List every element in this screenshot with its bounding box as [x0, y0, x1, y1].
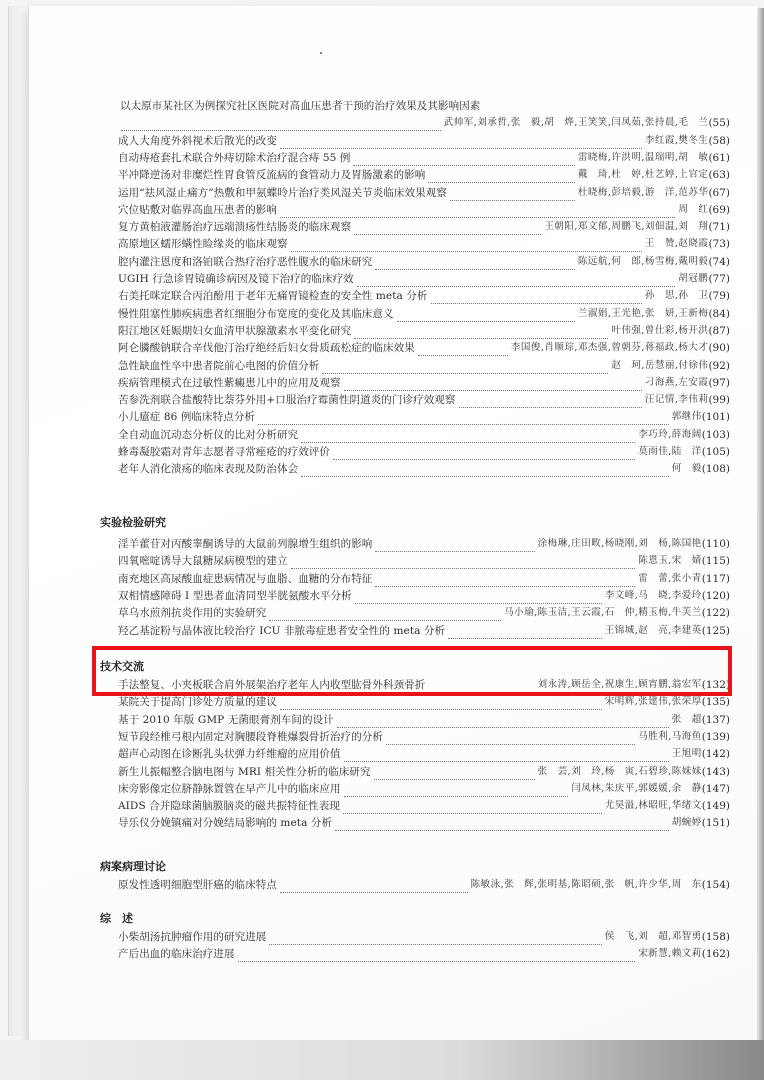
toc-entry-page: (125) — [702, 623, 730, 639]
toc-entry-page: (58) — [708, 133, 730, 149]
leader-dots — [322, 362, 608, 374]
toc-entry-page: (120) — [702, 588, 730, 604]
toc-entry-page: (151) — [702, 815, 730, 831]
toc-entry-page: (61) — [708, 150, 730, 166]
leader-dots — [344, 750, 669, 762]
toc-entry[interactable]: 原发性透明细胞型肝癌的临床特点陈敏泳,张 辉,张明基,陈昭硕,张 帆,许少华,周… — [118, 877, 730, 893]
toc-entry-title: 手法整复、小夹板联合肩外展架治疗老年人内收型肱骨外科颈骨折 — [118, 677, 425, 693]
toc-entry-authors: 胡冠鹏 — [678, 271, 708, 287]
toc-entry-title: 阳江地区妊娠期妇女血清甲状腺激素水平变化研究 — [118, 323, 351, 339]
toc-entry-title: 苦参洗剂联合盐酸特比萘芬外用+口服治疗霉菌性阴道炎的门诊疗效观察 — [118, 392, 456, 408]
toc-entry-page: (105) — [702, 444, 730, 460]
scan-right-edge — [758, 8, 764, 1080]
toc-entry[interactable]: 双相情感障碍 I 型患者血清同型半胱氨酸水平分析李文峰,马 晓,李爱玲(120) — [118, 588, 730, 604]
toc-entry[interactable]: 阿仑膦酸钠联合辛伐他汀治疗绝经后妇女骨质疏松症的临床效果李国俊,肖顺琮,邓杰强,… — [118, 340, 730, 356]
toc-entry[interactable]: 草乌水煎剂抗炎作用的实验研究马小瑜,陈玉洁,王云霞,石 仲,精玉梅,牛芙兰(12… — [118, 605, 730, 621]
toc-entry-page: (147) — [702, 781, 730, 797]
toc-entry-authors: 陈敏泳,张 辉,张明基,陈昭硕,张 帆,许少华,周 东 — [471, 877, 702, 893]
toc-entry-page: (87) — [708, 323, 730, 339]
toc-entry-authors: 周 红 — [678, 202, 708, 218]
leader-dots — [354, 223, 541, 235]
toc-entry-authors: 陈远航,何 郎,杨雪梅,戴明毅 — [578, 254, 709, 270]
toc-entry-authors: 戴 琦,杜 婷,杜艺婷,上官定 — [578, 167, 709, 183]
leader-dots — [337, 716, 669, 728]
leader-dots — [344, 785, 569, 797]
leader-dots — [258, 413, 669, 425]
toc-entry-title: 急性缺血性卒中患者院前心电图的价值分析 — [118, 358, 319, 374]
toc-entry-page: (142) — [702, 746, 730, 762]
toc-entry-title: 平冲降逆汤对非糜烂性胃食管反流病的食管动力及胃肠激素的影响 — [118, 167, 425, 183]
leader-dots — [448, 627, 602, 639]
toc-entry-title: 高原地区蠕形螨性睑缘炎的临床观察 — [118, 236, 288, 252]
toc-entry-page: (110) — [702, 536, 730, 552]
toc-entry-page: (101) — [702, 409, 730, 425]
leader-dots — [301, 431, 635, 443]
toc-entry[interactable]: 蜂毒凝胶霜对青年志愿者寻常痤疮的疗效评价莫雨佳,陆 洋(105) — [118, 444, 730, 460]
toc-entry[interactable]: 产后出血的临床治疗进展宋新慧,赖文莉(162) — [118, 946, 730, 962]
toc-entry-title: 原发性透明细胞型肝癌的临床特点 — [118, 877, 277, 893]
toc-entry[interactable]: 床旁影像定位脐静脉置管在早产儿中的临床应用闫凤林,朱庆平,郭媛媛,余 静(147… — [118, 781, 730, 797]
toc-entry[interactable]: 基于 2010 年版 GMP 无菌眼膏剂车间的设计张 超(137) — [118, 712, 730, 728]
toc-entry-title: 蜂毒凝胶霜对青年志愿者寻常痤疮的疗效评价 — [118, 444, 330, 460]
leader-dots — [291, 240, 642, 252]
leader-dots — [301, 465, 669, 477]
toc-entry[interactable]: 小柴胡汤抗肿瘤作用的研究进展侯 飞,刘 超,邓智勇(158) — [118, 929, 730, 945]
toc-entry[interactable]: 急性缺血性卒中患者院前心电图的价值分析赵 珂,岳慧丽,付徐伟(92) — [118, 358, 730, 374]
toc-entry-authors: 雷晓梅,许洪明,温瑞明,胡 敏 — [578, 150, 709, 166]
toc-entry-page: (103) — [702, 427, 730, 443]
toc-entry-title: 羟乙基淀粉与晶体液比较治疗 ICU 非脓毒症患者安全性的 meta 分析 — [118, 623, 445, 639]
toc-entry-title: 短节段经椎弓根内固定对胸腰段脊椎爆裂骨折治疗的分析 — [118, 729, 383, 745]
toc-entry-title-line[interactable]: 以太原市某社区为例探究社区医院对高血压患者干预的治疗效果及其影响因素 — [120, 98, 732, 114]
toc-entry-authors: 李国俊,肖顺琮,邓杰强,曾朝芬,蒋福政,杨大才 — [511, 340, 709, 356]
toc-entry-authors: 莫雨佳,陆 洋 — [638, 444, 702, 460]
toc-entry-title: 导乐仪分娩镇痛对分娩结局影响的 meta 分析 — [118, 815, 332, 831]
toc-entry-authors: 孙 思,孙 卫 — [645, 288, 709, 304]
toc-entry-authors: 叶伟强,曾仕彩,杨开洪 — [611, 323, 708, 339]
toc-entry-page: (122) — [702, 605, 730, 621]
leader-dots — [353, 154, 574, 166]
section-heading: 技术交流 — [100, 658, 144, 674]
toc-entry-authors: 闫凤林,朱庆平,郭媛媛,余 静 — [571, 781, 702, 797]
leader-dots — [238, 950, 636, 962]
toc-entry-page: (69) — [708, 202, 730, 218]
toc-entry-page: (162) — [702, 946, 730, 962]
toc-entry-authors: 张 超 — [672, 712, 702, 728]
leader-dots — [357, 275, 676, 287]
leader-dots — [280, 881, 468, 893]
toc-entry-title: AIDS 合并隐球菌脑膜脑炎的磁共振特征性表现 — [118, 798, 340, 814]
toc-entry-title: 小柴胡汤抗肿瘤作用的研究进展 — [118, 929, 266, 945]
toc-entry-page: (137) — [702, 712, 730, 728]
toc-entry-authors: 赵 珂,岳慧丽,付徐伟 — [611, 358, 708, 374]
leader-dots — [418, 344, 508, 356]
toc-entry-page: (84) — [708, 306, 730, 322]
toc-entry-title: 新生儿振幅整合脑电图与 MRI 相关性分析的临床研究 — [118, 764, 371, 780]
toc-entry[interactable]: 武帅军,刘承哲,张 毅,胡 烨,王笑笑,闫凤茹,张持晨,毛 兰(55) — [118, 115, 730, 131]
toc-entry[interactable]: UGIH 行急诊胃镜确诊病因及镜下治疗的临床疗效胡冠鹏(77) — [118, 271, 730, 287]
toc-entry-title: 某院关于提高门诊处方质量的建议 — [118, 694, 277, 710]
toc-entry-title: 穴位贴敷对临界高血压患者的影响 — [118, 202, 277, 218]
toc-entry[interactable]: 手法整复、小夹板联合肩外展架治疗老年人内收型肱骨外科颈骨折刘永涛,顾岳全,祝康生… — [118, 677, 730, 693]
leader-dots — [291, 557, 636, 569]
leader-dots — [397, 310, 575, 322]
toc-entry-title: 腔内灌注恩度和洛铂联合热疗治疗恶性腹水的临床研究 — [118, 254, 372, 270]
toc-entry[interactable]: 疾病管理模式在过敏性紫癜患儿中的应用及观察刁海燕,左安霞(97) — [118, 375, 730, 391]
toc-entry-authors: 刘永涛,顾岳全,祝康生,顾宵鹏,翁宏军 — [538, 677, 702, 693]
toc-entry[interactable]: 成人大角度外斜视术后散光的改变李红霞,樊冬生(58) — [118, 133, 730, 149]
leader-dots — [375, 575, 635, 587]
toc-entry-authors: 王 赞,赵晓霞 — [645, 236, 709, 252]
toc-entry-title: 南充地区高尿酸血症患病情况与血脂、血糖的分布特征 — [118, 571, 372, 587]
leader-dots — [386, 733, 635, 745]
toc-entry-page: (71) — [708, 219, 730, 235]
toc-entry[interactable]: 高原地区蠕形螨性睑缘炎的临床观察王 赞,赵晓霞(73) — [118, 236, 730, 252]
toc-entry-authors: 雷 蕾,张小青 — [638, 571, 702, 587]
toc-entry[interactable]: 穴位贴敷对临界高血压患者的影响周 红(69) — [118, 202, 730, 218]
toc-entry-page: (67) — [708, 185, 730, 201]
toc-entry-page: (132) — [702, 677, 730, 693]
leader-dots — [428, 681, 534, 693]
toc-entry-title: 慢性阻塞性肺疾病患者红细胞分布宽度的变化及其临床意义 — [118, 306, 394, 322]
page-fold-edge — [8, 6, 29, 1036]
toc-entry[interactable]: 某院关于提高门诊处方质量的建议宋明辉,张建伟,张荣厚(135) — [118, 694, 730, 710]
toc-entry-authors: 兰淑娟,王光艳,张 妍,王新梅 — [578, 306, 709, 322]
leader-dots — [121, 119, 441, 131]
toc-entry-authors: 杜晓梅,彭培毅,游 洋,范苏华 — [578, 185, 709, 201]
toc-entry-title: 成人大角度外斜视术后散光的改变 — [118, 133, 277, 149]
toc-entry-page: (143) — [702, 764, 730, 780]
leader-dots — [431, 292, 642, 304]
toc-entry[interactable]: 阳江地区妊娠期妇女血清甲状腺激素水平变化研究叶伟强,曾仕彩,杨开洪(87) — [118, 323, 730, 339]
leader-dots — [333, 448, 635, 460]
leader-dots — [375, 258, 574, 270]
toc-entry-authors: 胡蜿婷 — [672, 815, 702, 831]
toc-entry-page: (99) — [708, 392, 730, 408]
toc-entry-title: 老年人消化溃疡的临床表现及防治体会 — [118, 461, 298, 477]
toc-entry-authors: 汪记情,李伟莉 — [645, 392, 709, 408]
toc-entry-page: (158) — [702, 929, 730, 945]
toc-entry-authors: 王朝阳,郑文郁,周鹏飞,刘佃温,刘 翔 — [544, 219, 708, 235]
toc-entry-authors: 马小瑜,陈玉洁,王云霞,石 仲,精玉梅,牛芙兰 — [504, 605, 702, 621]
toc-entry[interactable]: 淫羊藿苷对丙酸睾酮诱导的大鼠前列腺增生组织的影响涂梅琳,庄田畋,杨晓刚,刘 杨,… — [118, 536, 730, 552]
toc-entry-authors: 马胜利,马海鱼 — [638, 729, 702, 745]
toc-entry-page: (79) — [708, 288, 730, 304]
scan-speck — [320, 52, 322, 54]
toc-entry[interactable]: 老年人消化溃疡的临床表现及防治体会何 毅(108) — [118, 461, 730, 477]
leader-dots — [450, 189, 575, 201]
toc-entry-page: (77) — [708, 271, 730, 287]
toc-entry[interactable]: 超声心动图在诊断乳头状弹力纤维瘤的应用价值王旭明(142) — [118, 746, 730, 762]
leader-dots — [280, 698, 602, 710]
toc-entry-authors: 李文峰,马 晓,李爱玲 — [605, 588, 702, 604]
toc-entry-title: 右美托咪定联合丙泊酚用于老年无痛胃镜检查的安全性 meta 分析 — [118, 288, 428, 304]
toc-entry-page: (63) — [708, 167, 730, 183]
toc-entry-title: 小儿癔症 86 例临床特点分析 — [118, 409, 255, 425]
leader-dots — [344, 379, 642, 391]
toc-entry[interactable]: 苦参洗剂联合盐酸特比萘芬外用+口服治疗霉菌性阴道炎的门诊疗效观察汪记情,李伟莉(… — [118, 392, 730, 408]
toc-entry-authors: 宋新慧,赖文莉 — [638, 946, 702, 962]
toc-entry-title: 疾病管理模式在过敏性紫癜患儿中的应用及观察 — [118, 375, 341, 391]
toc-entry-title: 草乌水煎剂抗炎作用的实验研究 — [118, 605, 266, 621]
toc-entry-authors: 李巧玲,薛海阔 — [638, 427, 702, 443]
toc-entry-page: (108) — [702, 461, 730, 477]
toc-entry-authors: 涂梅琳,庄田畋,杨晓刚,刘 杨,陈国艳 — [538, 536, 702, 552]
toc-entry-authors: 武帅军,刘承哲,张 毅,胡 烨,王笑笑,闫凤茹,张持晨,毛 兰 — [444, 115, 709, 131]
toc-entry-page: (97) — [708, 375, 730, 391]
toc-entry-title: 全自动血沉动态分析仪的比对分析研究 — [118, 427, 298, 443]
leader-dots — [280, 206, 675, 218]
toc-entry-title: UGIH 行急诊胃镜确诊病因及镜下治疗的临床疗效 — [118, 271, 354, 287]
leader-dots — [354, 327, 608, 339]
leader-dots — [280, 137, 642, 149]
toc-entry-page: (74) — [708, 254, 730, 270]
toc-entry[interactable]: 羟乙基淀粉与晶体液比较治疗 ICU 非脓毒症患者安全性的 meta 分析王锦城,… — [118, 623, 730, 639]
leader-dots — [355, 592, 602, 604]
toc-entry-title: 产后出血的临床治疗进展 — [118, 946, 235, 962]
toc-entry-authors: 尤昊溢,林昭旺,华绪文 — [605, 798, 702, 814]
toc-entry[interactable]: AIDS 合并隐球菌脑膜脑炎的磁共振特征性表现尤昊溢,林昭旺,华绪文(149) — [118, 798, 730, 814]
toc-entry[interactable]: 右美托咪定联合丙泊酚用于老年无痛胃镜检查的安全性 meta 分析孙 思,孙 卫(… — [118, 288, 730, 304]
toc-entry-title: 淫羊藿苷对丙酸睾酮诱导的大鼠前列腺增生组织的影响 — [118, 536, 372, 552]
toc-entry-title: 自动痔疮套扎术联合外痔切除术治疗混合痔 55 例 — [118, 150, 350, 166]
leader-dots — [335, 819, 669, 831]
section-heading: 综 述 — [100, 910, 133, 926]
toc-entry-authors: 侯 飞,刘 超,邓智勇 — [605, 929, 702, 945]
toc-entry[interactable]: 慢性阻塞性肺疾病患者红细胞分布宽度的变化及其临床意义兰淑娟,王光艳,张 妍,王新… — [118, 306, 730, 322]
toc-entry-authors: 陈恩玉,宋 婧 — [638, 553, 702, 569]
toc-entry[interactable]: 运用“祛风湿止痛方”热敷和甲氨蝶呤片治疗类风湿关节炎临床效果观察杜晓梅,彭培毅,… — [118, 185, 730, 201]
toc-entry-title: 超声心动图在诊断乳头状弹力纤维瘤的应用价值 — [118, 746, 341, 762]
toc-entry-page: (73) — [708, 236, 730, 252]
toc-entry[interactable]: 复方黄柏液灌肠治疗远端溃疡性结肠炎的临床观察王朝阳,郑文郁,周鹏飞,刘佃温,刘 … — [118, 219, 730, 235]
toc-entry-title: 床旁影像定位脐静脉置管在早产儿中的临床应用 — [118, 781, 341, 797]
toc-entry[interactable]: 导乐仪分娩镇痛对分娩结局影响的 meta 分析胡蜿婷(151) — [118, 815, 730, 831]
toc-entry[interactable]: 南充地区高尿酸血症患病情况与血脂、血糖的分布特征雷 蕾,张小青(117) — [118, 571, 730, 587]
toc-entry-authors: 郭继伟 — [672, 409, 702, 425]
leader-dots — [375, 540, 534, 552]
leader-dots — [269, 609, 501, 621]
toc-entry[interactable]: 自动痔疮套扎术联合外痔切除术治疗混合痔 55 例雷晓梅,许洪明,温瑞明,胡 敏(… — [118, 150, 730, 166]
toc-entry-title: 基于 2010 年版 GMP 无菌眼膏剂车间的设计 — [118, 712, 334, 728]
toc-entry-title: 双相情感障碍 I 型患者血清同型半胱氨酸水平分析 — [118, 588, 352, 604]
toc-entry[interactable]: 小儿癔症 86 例临床特点分析郭继伟(101) — [118, 409, 730, 425]
toc-entry-title: 阿仑膦酸钠联合辛伐他汀治疗绝经后妇女骨质疏松症的临床效果 — [118, 340, 415, 356]
leader-dots — [459, 396, 642, 408]
toc-entry[interactable]: 新生儿振幅整合脑电图与 MRI 相关性分析的临床研究张 芸,刘 玲,杨 寅,石碧… — [118, 764, 730, 780]
toc-entry-page: (135) — [702, 694, 730, 710]
toc-entry-authors: 何 毅 — [672, 461, 702, 477]
toc-entry-title: 四氧嘧啶诱导大鼠糖尿病模型的建立 — [118, 553, 288, 569]
toc-entry[interactable]: 平冲降逆汤对非糜烂性胃食管反流病的食管动力及胃肠激素的影响戴 琦,杜 婷,杜艺婷… — [118, 167, 730, 183]
toc-entry-page: (154) — [702, 877, 730, 893]
toc-entry-page: (92) — [708, 358, 730, 374]
toc-entry[interactable]: 腔内灌注恩度和洛铂联合热疗治疗恶性腹水的临床研究陈远航,何 郎,杨雪梅,戴明毅(… — [118, 254, 730, 270]
leader-dots — [343, 802, 602, 814]
toc-entry-page: (90) — [708, 340, 730, 356]
toc-entry-page: (55) — [708, 115, 730, 131]
leader-dots — [428, 171, 574, 183]
toc-entry-title: 运用“祛风湿止痛方”热敷和甲氨蝶呤片治疗类风湿关节炎临床效果观察 — [118, 185, 447, 201]
leader-dots — [374, 768, 535, 780]
toc-entry-page: (139) — [702, 729, 730, 745]
toc-entry[interactable]: 四氧嘧啶诱导大鼠糖尿病模型的建立陈恩玉,宋 婧(115) — [118, 553, 730, 569]
toc-entry-page: (149) — [702, 798, 730, 814]
toc-entry-title: 复方黄柏液灌肠治疗远端溃疡性结肠炎的临床观察 — [118, 219, 351, 235]
toc-entry[interactable]: 全自动血沉动态分析仪的比对分析研究李巧玲,薛海阔(103) — [118, 427, 730, 443]
section-heading: 实验检验研究 — [100, 514, 166, 530]
leader-dots — [269, 933, 601, 945]
toc-entry-authors: 张 芸,刘 玲,杨 寅,石碧珍,陈妹妹 — [538, 764, 702, 780]
toc-entry-authors: 王锦城,赵 亮,李建英 — [605, 623, 702, 639]
toc-entry-authors: 王旭明 — [672, 746, 702, 762]
toc-entry-authors: 刁海燕,左安霞 — [645, 375, 709, 391]
toc-entry[interactable]: 短节段经椎弓根内固定对胸腰段脊椎爆裂骨折治疗的分析马胜利,马海鱼(139) — [118, 729, 730, 745]
scan-bottom-shadow — [0, 1040, 764, 1080]
toc-entry-authors: 李红霞,樊冬生 — [645, 133, 709, 149]
toc-entry-page: (117) — [702, 571, 730, 587]
toc-entry-page: (115) — [702, 553, 730, 569]
toc-entry-authors: 宋明辉,张建伟,张荣厚 — [605, 694, 702, 710]
toc-entry-title: 以太原市某社区为例探究社区医院对高血压患者干预的治疗效果及其影响因素 — [120, 98, 480, 114]
section-heading: 病案病理讨论 — [100, 858, 166, 874]
